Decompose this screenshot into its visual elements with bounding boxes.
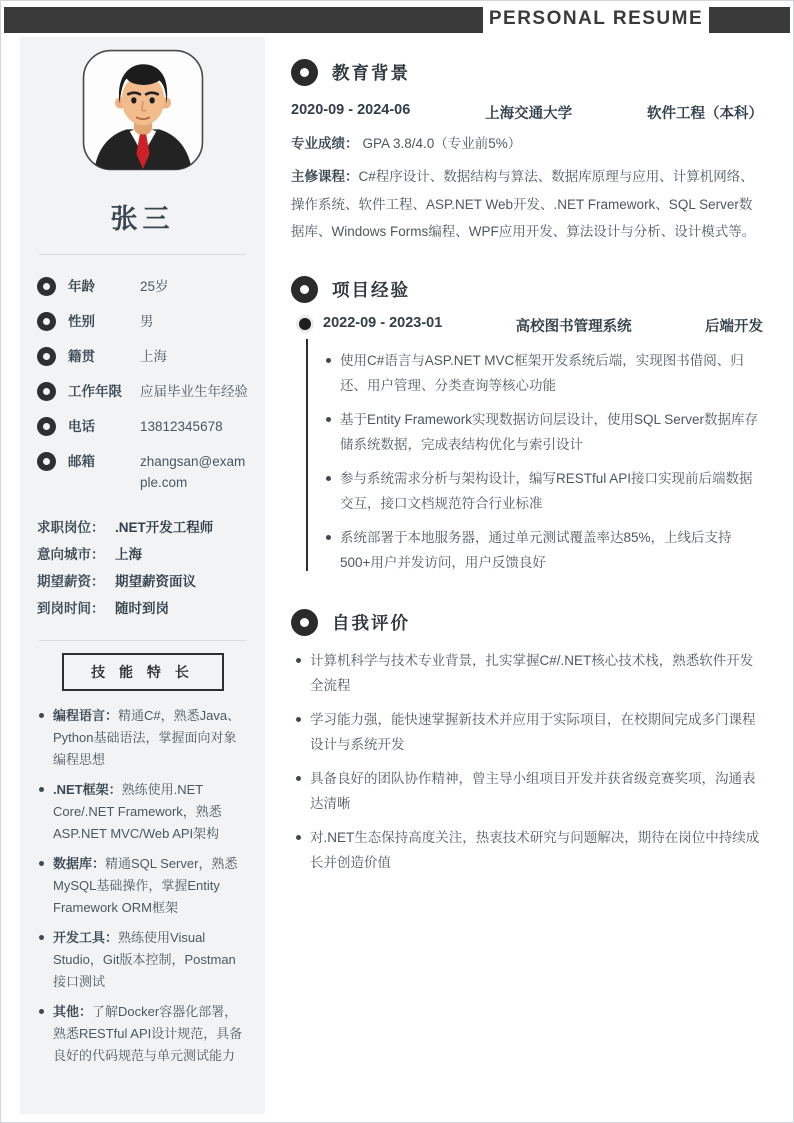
skill-item-dotnet: .NET框架：熟练使用.NET Core/.NET Framework，熟悉AS…	[37, 779, 248, 845]
personal-info-list: 年龄 25岁 性别 男 籍贯 上海 工作年限 应届毕业生年经验 电话 1	[37, 269, 248, 500]
intent-label: 期望薪资：	[37, 571, 115, 592]
courses-label: 主修课程：	[291, 169, 359, 184]
education-school: 上海交通大学	[485, 102, 572, 123]
section-title: 自我评价	[332, 610, 410, 635]
info-row-phone: 电话 13812345678	[37, 409, 248, 444]
sidebar: 张三 年龄 25岁 性别 男 籍贯 上海 工作年限 应届毕业生年经验	[20, 37, 265, 1114]
banner-title: PERSONAL RESUME	[483, 2, 709, 36]
intent-value: 随时到岗	[115, 598, 248, 619]
skill-item-database: 数据库：精通SQL Server，熟悉MySQL基础操作，掌握Entity Fr…	[37, 853, 248, 919]
divider	[39, 254, 246, 255]
info-value: 25岁	[140, 276, 248, 297]
self-evaluation-bullet: 对.NET生态保持高度关注，热衷技术研究与问题解决，期待在岗位中持续成长并创造价…	[293, 825, 763, 875]
education-summary-row: 2020-09 - 2024-06 上海交通大学 软件工程（本科）	[291, 102, 763, 123]
skill-lead: 其他：	[53, 1004, 92, 1019]
section-donut-icon	[291, 609, 318, 636]
info-value: 应届毕业生年经验	[140, 381, 248, 402]
info-label: 性别	[68, 311, 140, 332]
info-row-hometown: 籍贯 上海	[37, 339, 248, 374]
skill-lead: 数据库：	[53, 856, 105, 871]
section-title: 项目经验	[332, 277, 410, 302]
donut-icon	[37, 452, 56, 471]
project-entry: 2022-09 - 2023-01 高校图书管理系统 后端开发 使用C#语言与A…	[297, 315, 763, 575]
skill-lead: 编程语言：	[53, 708, 118, 723]
project-name: 高校图书管理系统	[516, 315, 632, 336]
self-evaluation-bullet: 计算机科学与技术专业背景，扎实掌握C#/.NET核心技术栈，熟悉软件开发全流程	[293, 648, 763, 698]
project-summary-row: 2022-09 - 2023-01 高校图书管理系统 后端开发	[323, 315, 763, 336]
job-intent-list: 求职岗位： .NET开发工程师 意向城市： 上海 期望薪资： 期望薪资面议 到岗…	[37, 514, 248, 622]
self-evaluation-bullet-list: 计算机科学与技术专业背景，扎实掌握C#/.NET核心技术栈，熟悉软件开发全流程 …	[293, 648, 763, 875]
info-value: 13812345678	[140, 416, 248, 437]
skills-section-title: 技 能 特 长	[62, 653, 224, 691]
info-label: 籍贯	[68, 346, 140, 367]
intent-label: 求职岗位：	[37, 517, 115, 538]
skill-item-languages: 编程语言：精通C#，熟悉Java、Python基础语法，掌握面向对象编程思想	[37, 705, 248, 771]
info-row-gender: 性别 男	[37, 304, 248, 339]
timeline-dot-icon	[299, 318, 311, 330]
skill-item-tools: 开发工具：熟练使用Visual Studio，Git版本控制，Postman接口…	[37, 927, 248, 993]
avatar	[82, 49, 204, 171]
info-value: 上海	[140, 346, 248, 367]
courses-text: C#程序设计、数据结构与算法、数据库原理与应用、计算机网络、操作系统、软件工程、…	[291, 169, 755, 239]
skill-lead: 开发工具：	[53, 930, 118, 945]
education-major: 软件工程（本科）	[647, 102, 763, 123]
section-donut-icon	[291, 276, 318, 303]
section-header-self-evaluation: 自我评价	[291, 609, 763, 636]
project-bullet: 参与系统需求分析与架构设计，编写RESTful API接口实现前后端数据交互，接…	[323, 466, 763, 516]
donut-icon	[37, 347, 56, 366]
candidate-name: 张三	[37, 197, 248, 236]
project-bullet: 使用C#语言与ASP.NET MVC框架开发系统后端，实现图书借阅、归还、用户管…	[323, 348, 763, 398]
donut-icon	[37, 312, 56, 331]
info-row-experience: 工作年限 应届毕业生年经验	[37, 374, 248, 409]
skills-list: 编程语言：精通C#，熟悉Java、Python基础语法，掌握面向对象编程思想 .…	[37, 705, 248, 1067]
section-title: 教育背景	[332, 60, 410, 85]
project-period: 2022-09 - 2023-01	[323, 315, 442, 336]
intent-row-salary: 期望薪资： 期望薪资面议	[37, 568, 248, 595]
education-gpa-row: 专业成绩：GPA 3.8/4.0（专业前5%）	[291, 133, 763, 155]
section-donut-icon	[291, 59, 318, 86]
intent-row-availability: 到岗时间： 随时到岗	[37, 595, 248, 622]
timeline-line	[306, 339, 308, 571]
project-role: 后端开发	[705, 315, 763, 336]
intent-row-city: 意向城市： 上海	[37, 541, 248, 568]
intent-label: 意向城市：	[37, 544, 115, 565]
resume-page: PERSONAL RESUME	[0, 0, 794, 1123]
project-bullet: 系统部署于本地服务器，通过单元测试覆盖率达85%，上线后支持500+用户并发访问…	[323, 525, 763, 575]
intent-value: 期望薪资面议	[115, 571, 248, 592]
intent-label: 到岗时间：	[37, 598, 115, 619]
self-evaluation-bullet: 学习能力强，能快速掌握新技术并应用于实际项目，在校期间完成多门课程设计与系统开发	[293, 707, 763, 757]
avatar-illustration	[82, 49, 204, 171]
self-evaluation-bullet: 具备良好的团队协作精神，曾主导小组项目开发并获省级竞赛奖项，沟通表达清晰	[293, 766, 763, 816]
section-header-projects: 项目经验	[291, 276, 763, 303]
gpa-value: GPA 3.8/4.0（专业前5%）	[363, 136, 522, 151]
intent-value: .NET开发工程师	[115, 517, 248, 538]
intent-value: 上海	[115, 544, 248, 565]
education-courses: 主修课程：C#程序设计、数据结构与算法、数据库原理与应用、计算机网络、操作系统、…	[291, 163, 763, 246]
project-bullet: 基于Entity Framework实现数据访问层设计，使用SQL Server…	[323, 407, 763, 457]
education-period: 2020-09 - 2024-06	[291, 102, 410, 123]
info-label: 工作年限	[68, 381, 140, 402]
info-value: zhangsan@example.com	[140, 451, 248, 493]
project-bullet-list: 使用C#语言与ASP.NET MVC框架开发系统后端，实现图书借阅、归还、用户管…	[323, 348, 763, 575]
donut-icon	[37, 417, 56, 436]
divider	[39, 640, 246, 641]
info-label: 年龄	[68, 276, 140, 297]
info-row-age: 年龄 25岁	[37, 269, 248, 304]
donut-icon	[37, 277, 56, 296]
info-label: 邮箱	[68, 451, 140, 472]
skill-lead: .NET框架：	[53, 782, 122, 797]
info-value: 男	[140, 311, 248, 332]
donut-icon	[37, 382, 56, 401]
intent-row-position: 求职岗位： .NET开发工程师	[37, 514, 248, 541]
main-column: 教育背景 2020-09 - 2024-06 上海交通大学 软件工程（本科） 专…	[291, 47, 763, 884]
section-header-education: 教育背景	[291, 59, 763, 86]
skill-item-other: 其他：了解Docker容器化部署，熟悉RESTful API设计规范，具备良好的…	[37, 1001, 248, 1067]
info-row-email: 邮箱 zhangsan@example.com	[37, 444, 248, 500]
info-label: 电话	[68, 416, 140, 437]
gpa-label: 专业成绩：	[291, 136, 359, 151]
